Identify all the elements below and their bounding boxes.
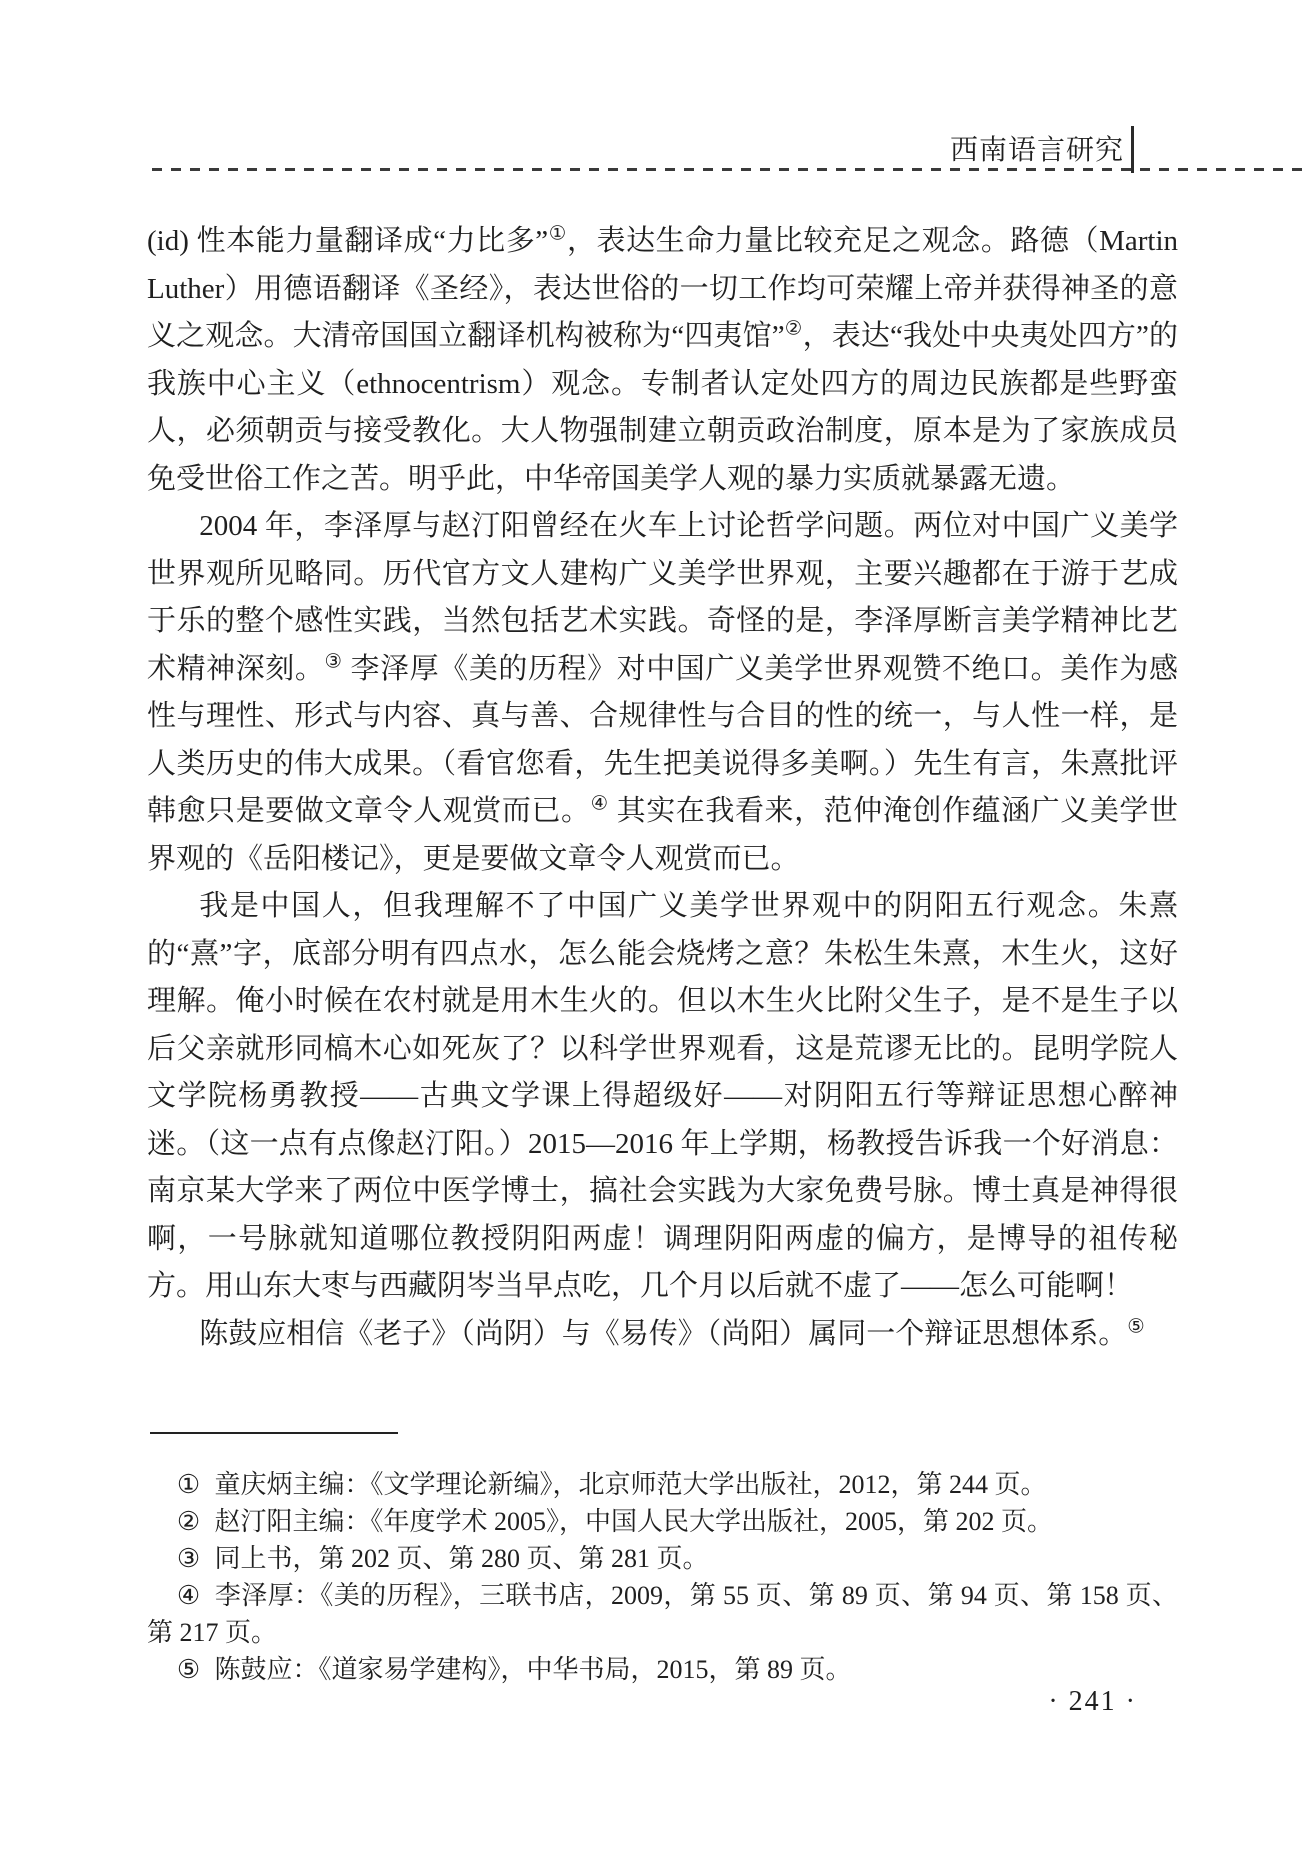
running-head-dashed-rule — [152, 168, 1307, 171]
paragraph: (id) 性本能力量翻译成“力比多”①，表达生命力量比较充足之观念。路德（Mar… — [147, 218, 1178, 503]
footnote-text: 陈鼓应：《道家易学建构》，中华书局，2015，第 89 页。 — [215, 1655, 852, 1684]
footnote-marker: ③ — [177, 1544, 200, 1573]
footnote-ref: ① — [548, 222, 567, 244]
footnote-item: ④李泽厚：《美的历程》，三联书店，2009，第 55 页、第 89 页、第 94… — [147, 1577, 1178, 1651]
paragraph: 陈鼓应相信《老子》（尚阴）与《易传》（尚阳）属同一个辩证思想体系。⑤ — [147, 1311, 1178, 1359]
running-head-title: 西南语言研究 — [950, 128, 1124, 168]
footnote-ref: ② — [785, 317, 803, 339]
footnote-item: ②赵汀阳主编：《年度学术 2005》，中国人民大学出版社，2005，第 202 … — [147, 1503, 1178, 1540]
footnote-ref: ③ — [324, 650, 342, 672]
paragraph-text: 陈鼓应相信《老子》（尚阴）与《易传》（尚阳）属同一个辩证思想体系。 — [199, 1318, 1127, 1350]
footnote-item: ⑤陈鼓应：《道家易学建构》，中华书局，2015，第 89 页。 — [147, 1651, 1178, 1688]
paragraph-text: 我是中国人，但我理解不了中国广义美学世界观中的阴阳五行观念。朱熹的“熹”字，底部… — [147, 890, 1178, 1302]
footnote-item: ③同上书，第 202 页、第 280 页、第 281 页。 — [147, 1540, 1178, 1577]
paragraph: 2004 年，李泽厚与赵汀阳曾经在火车上讨论哲学问题。两位对中国广义美学世界观所… — [147, 503, 1178, 883]
footnote-marker: ① — [177, 1470, 200, 1499]
footnote-marker: ④ — [177, 1581, 201, 1610]
footnote-marker: ⑤ — [177, 1655, 200, 1684]
footnote-separator — [150, 1432, 398, 1434]
footnote-ref: ④ — [591, 792, 609, 814]
paragraph-text: (id) 性本能力量翻译成“力比多” — [147, 225, 548, 257]
footnote-marker: ② — [177, 1507, 200, 1536]
footnotes: ①童庆炳主编：《文学理论新编》，北京师范大学出版社，2012，第 244 页。②… — [147, 1466, 1178, 1688]
footnote-text: 赵汀阳主编：《年度学术 2005》，中国人民大学出版社，2005，第 202 页… — [215, 1507, 1054, 1536]
paragraph: 我是中国人，但我理解不了中国广义美学世界观中的阴阳五行观念。朱熹的“熹”字，底部… — [147, 883, 1178, 1311]
footnote-text: 李泽厚：《美的历程》，三联书店，2009，第 55 页、第 89 页、第 94 … — [147, 1581, 1178, 1647]
body-text: (id) 性本能力量翻译成“力比多”①，表达生命力量比较充足之观念。路德（Mar… — [147, 218, 1178, 1358]
page-number: · 241 · — [1048, 1686, 1137, 1718]
footnote-text: 同上书，第 202 页、第 280 页、第 281 页。 — [215, 1544, 709, 1573]
running-head-vertical-bar — [1131, 126, 1134, 173]
footnote-text: 童庆炳主编：《文学理论新编》，北京师范大学出版社，2012，第 244 页。 — [215, 1470, 1047, 1499]
book-page: 西南语言研究 (id) 性本能力量翻译成“力比多”①，表达生命力量比较充足之观念… — [0, 0, 1307, 1859]
footnote-ref: ⑤ — [1127, 1315, 1145, 1337]
footnote-item: ①童庆炳主编：《文学理论新编》，北京师范大学出版社，2012，第 244 页。 — [147, 1466, 1178, 1503]
